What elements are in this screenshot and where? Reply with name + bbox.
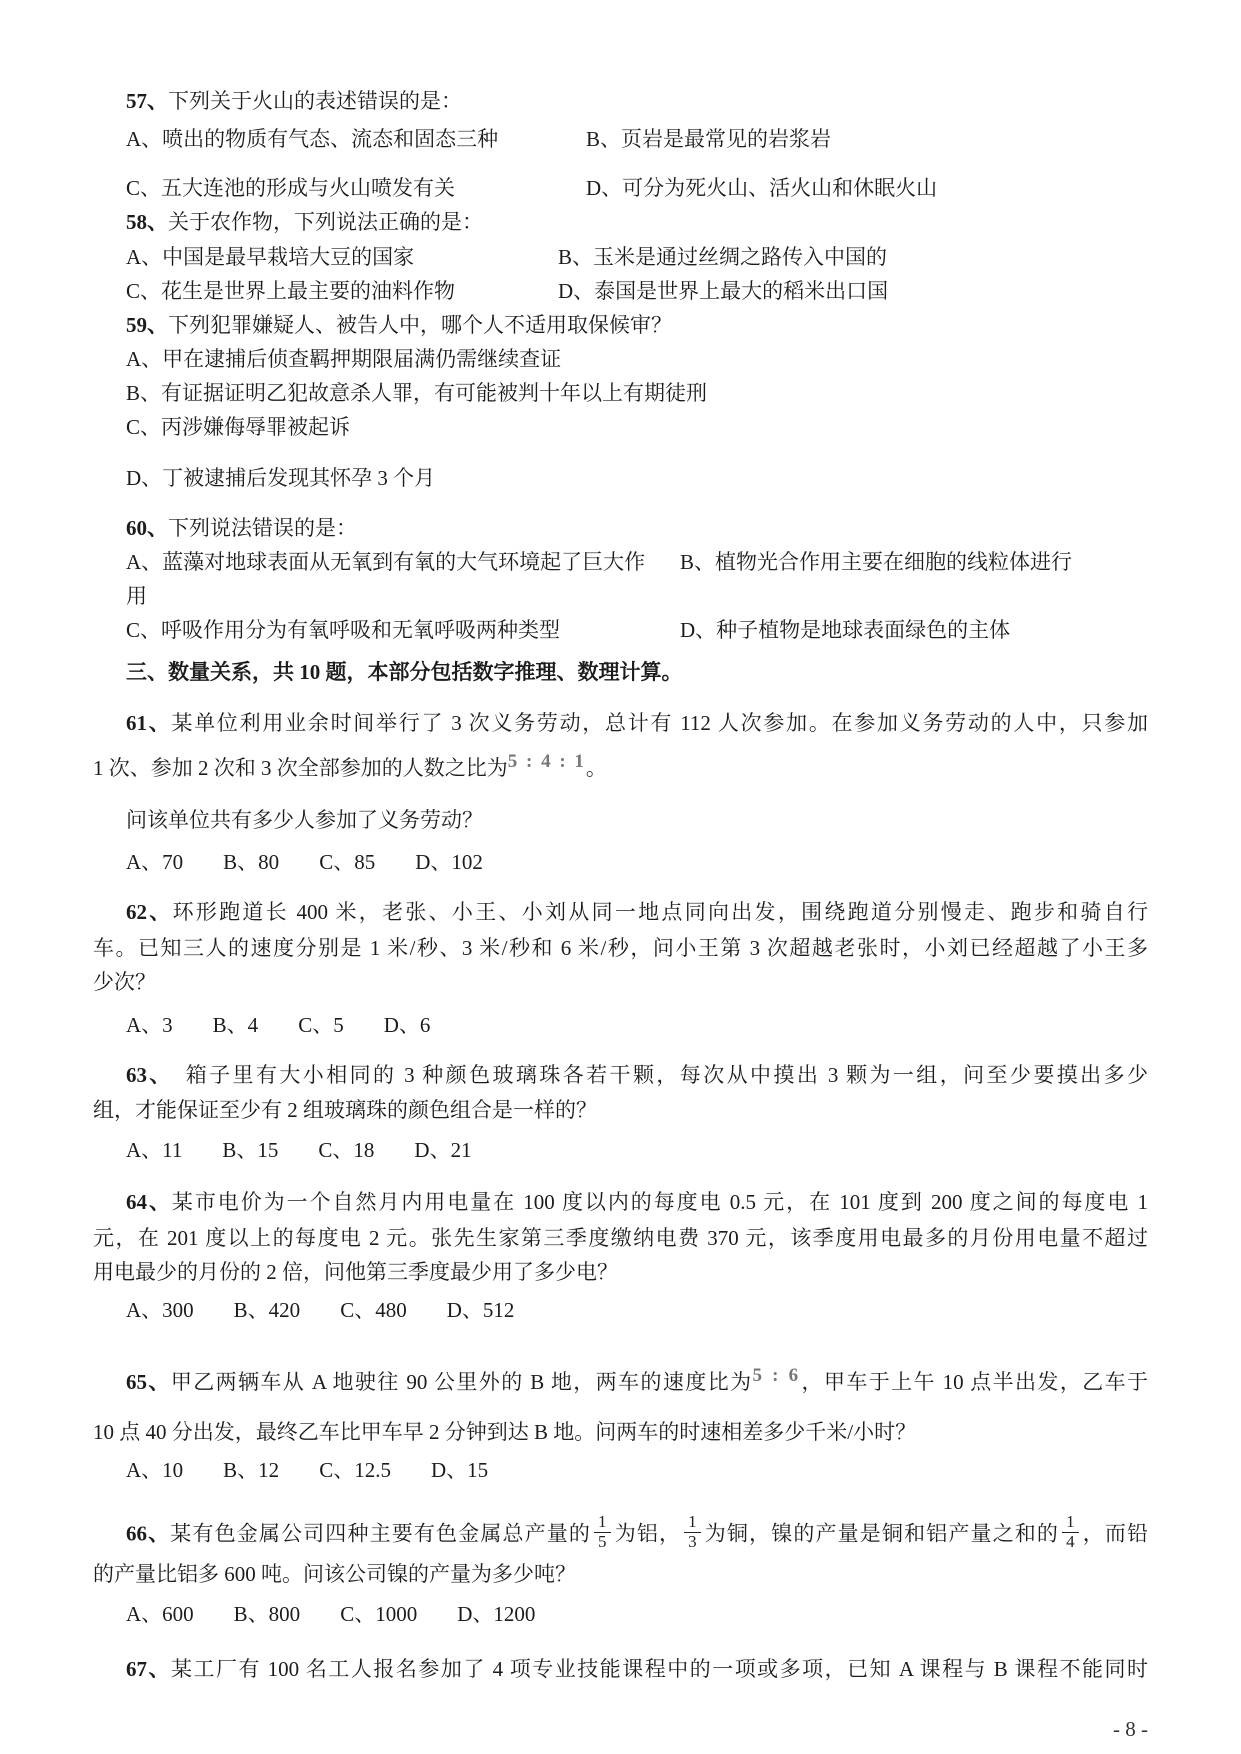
q67-line-1-text: 某工厂有 100 名工人报名参加了 4 项专业技能课程中的一项或多项，已知 A …: [171, 1657, 1148, 1681]
q57-title: 57、下列关于火山的表述错误的是：: [93, 84, 1148, 118]
q65-option-a: A、10: [126, 1453, 183, 1487]
q66-line-2: 的产量比铝多 600 吨。问该公司镍的产量为多少吨？: [93, 1557, 1148, 1591]
q61-line-2: 1 次、参加 2 次和 3 次全部参加的人数之比为5 : 4 : 1。: [93, 751, 1148, 787]
q62-option-c: C、5: [298, 1008, 344, 1042]
q66-answer-options: A、600 B、800 C、1000 D、1200: [93, 1597, 1148, 1631]
q63-line-1-text: 箱子里有大小相同的 3 种颜色玻璃珠各若干颗，每次从中摸出 3 颗为一组，问至少…: [162, 1063, 1148, 1087]
q61-option-d: D、102: [415, 845, 483, 879]
q62-option-d: D、6: [384, 1008, 431, 1042]
fraction-denominator: 5: [594, 1532, 611, 1552]
fraction-one-fifth: 15: [594, 1513, 611, 1551]
q60-options-row-1: A、蓝藻对地球表面从无氧到有氧的大气环境起了巨大作用 B、植物光合作用主要在细胞…: [93, 545, 1148, 613]
q65-number: 65、: [126, 1370, 171, 1394]
q58-option-a: A、中国是最早栽培大豆的国家: [126, 240, 540, 274]
q59-title: 59、下列犯罪嫌疑人、被告人中，哪个人不适用取保候审？: [93, 308, 1148, 342]
q64-line-2: 元，在 201 度以上的每度电 2 元。张先生家第三季度缴纳电费 370 元，该…: [93, 1221, 1148, 1255]
q61-answer-options: A、70 B、80 C、85 D、102: [93, 845, 1148, 879]
q61-line-2-pre: 1 次、参加 2 次和 3 次全部参加的人数之比为: [93, 756, 508, 780]
fraction-one-quarter: 14: [1062, 1513, 1079, 1551]
q59-option-d: D、丁被逮捕后发现其怀孕 3 个月: [93, 461, 1148, 495]
q61-line-1: 61、某单位利用业余时间举行了 3 次义务劳动，总计有 112 人次参加。在参加…: [93, 706, 1148, 740]
q62-line-1: 62、环形跑道长 400 米，老张、小王、小刘从同一地点同向出发，围绕跑道分别慢…: [93, 895, 1148, 929]
q57-options-row-1: A、喷出的物质有气态、流态和固态三种 B、页岩是最常见的岩浆岩: [93, 122, 1148, 156]
q59-option-c: C、丙涉嫌侮辱罪被起诉: [93, 410, 1148, 444]
q67-number: 67、: [126, 1657, 171, 1681]
q59-option-a: A、甲在逮捕后侦查羁押期限届满仍需继续查证: [93, 342, 1148, 376]
q58-title-text: 关于农作物，下列说法正确的是：: [168, 210, 483, 234]
q66-number: 66、: [126, 1522, 170, 1546]
q64-option-b: B、420: [234, 1293, 301, 1327]
fraction-numerator: 1: [684, 1513, 701, 1532]
fraction-numerator: 1: [594, 1513, 611, 1532]
q61-question-line: 问该单位共有多少人参加了义务劳动？: [93, 803, 1148, 837]
q63-line-1: 63、 箱子里有大小相同的 3 种颜色玻璃珠各若干颗，每次从中摸出 3 颗为一组…: [93, 1058, 1148, 1092]
q64-line-3: 用电最少的月份的 2 倍，问他第三季度最少用了多少电？: [93, 1255, 1148, 1289]
q62-option-b: B、4: [213, 1008, 259, 1042]
q66-segment-3: 为铜，镍的产量是铜和铝产量之和的: [704, 1522, 1059, 1546]
q58-title: 58、关于农作物，下列说法正确的是：: [93, 205, 1148, 239]
q60-title: 60、下列说法错误的是：: [93, 511, 1148, 545]
q60-option-b: B、植物光合作用主要在细胞的线粒体进行: [680, 545, 1072, 613]
q64-line-1: 64、某市电价为一个自然月内用电量在 100 度以内的每度电 0.5 元，在 1…: [93, 1185, 1148, 1219]
q64-option-d: D、512: [447, 1293, 515, 1327]
q63-option-d: D、21: [414, 1133, 471, 1167]
q62-line-2: 车。已知三人的速度分别是 1 米/秒、3 米/秒和 6 米/秒，问小王第 3 次…: [93, 931, 1148, 965]
q63-option-a: A、11: [126, 1133, 182, 1167]
section-heading: 三、数量关系，共 10 题，本部分包括数字推理、数理计算。: [93, 655, 1148, 689]
exam-document-page: 57、下列关于火山的表述错误的是： A、喷出的物质有气态、流态和固态三种 B、页…: [0, 0, 1241, 1754]
q66-segment-1: 某有色金属公司四种主要有色金属总产量的: [170, 1522, 591, 1546]
q65-line-2: 10 点 40 分出发，最终乙车比甲车早 2 分钟到达 B 地。问两车的时速相差…: [93, 1415, 1148, 1449]
q59-number: 59、: [126, 313, 168, 337]
fraction-numerator: 1: [1062, 1513, 1079, 1532]
q57-option-b: B、页岩是最常见的岩浆岩: [586, 122, 831, 156]
q57-option-a: A、喷出的物质有气态、流态和固态三种: [126, 122, 568, 156]
q60-number: 60、: [126, 516, 168, 540]
q60-option-a: A、蓝藻对地球表面从无氧到有氧的大气环境起了巨大作用: [126, 545, 662, 613]
q63-option-b: B、15: [222, 1133, 278, 1167]
q60-option-d: D、种子植物是地球表面绿色的主体: [680, 613, 1010, 647]
q63-number: 63、: [126, 1063, 162, 1087]
q65-line-1: 65、甲乙两辆车从 A 地驶往 90 公里外的 B 地，两车的速度比为5 : 6…: [93, 1365, 1148, 1401]
q58-options-row-1: A、中国是最早栽培大豆的国家 B、玉米是通过丝绸之路传入中国的: [93, 240, 1148, 274]
q62-line-1-text: 环形跑道长 400 米，老张、小王、小刘从同一地点同向出发，围绕跑道分别慢走、跑…: [173, 900, 1148, 924]
q66-segment-2: 为铝，: [614, 1522, 682, 1546]
q62-answer-options: A、3 B、4 C、5 D、6: [93, 1008, 1148, 1042]
q58-option-b: B、玉米是通过丝绸之路传入中国的: [558, 240, 887, 274]
q62-number: 62、: [126, 900, 173, 924]
fraction-denominator: 4: [1062, 1532, 1079, 1552]
q65-line-1-post: ，甲车于上午 10 点半出发，乙车于: [800, 1370, 1148, 1394]
q58-number: 58、: [126, 210, 168, 234]
q61-line-1-text: 某单位利用业余时间举行了 3 次义务劳动，总计有 112 人次参加。在参加义务劳…: [171, 711, 1148, 735]
q65-ratio-formula: 5 : 6: [753, 1365, 801, 1386]
q61-option-a: A、70: [126, 845, 183, 879]
q67-line-1: 67、某工厂有 100 名工人报名参加了 4 项专业技能课程中的一项或多项，已知…: [93, 1652, 1148, 1686]
q64-option-a: A、300: [126, 1293, 194, 1327]
q66-option-a: A、600: [126, 1597, 194, 1631]
q62-line-3: 少次？: [93, 965, 1148, 999]
q58-option-d: D、泰国是世界上最大的稻米出口国: [558, 274, 888, 308]
page-content: 57、下列关于火山的表述错误的是： A、喷出的物质有气态、流态和固态三种 B、页…: [0, 0, 1241, 1746]
q66-line-1: 66、某有色金属公司四种主要有色金属总产量的15为铝，13为铜，镍的产量是铜和铝…: [93, 1513, 1148, 1551]
q61-ratio-formula: 5 : 4 : 1: [508, 751, 586, 772]
q65-line-1-pre: 甲乙两辆车从 A 地驶往 90 公里外的 B 地，两车的速度比为: [171, 1370, 753, 1394]
q66-option-c: C、1000: [340, 1597, 417, 1631]
q60-option-c: C、呼吸作用分为有氧呼吸和无氧呼吸两种类型: [126, 613, 662, 647]
q58-option-c: C、花生是世界上最主要的油料作物: [126, 274, 540, 308]
q66-option-d: D、1200: [457, 1597, 535, 1631]
q61-line-2-post: 。: [586, 756, 607, 780]
q64-option-c: C、480: [340, 1293, 407, 1327]
fraction-denominator: 3: [684, 1532, 701, 1552]
q65-option-d: D、15: [431, 1453, 488, 1487]
q59-title-text: 下列犯罪嫌疑人、被告人中，哪个人不适用取保候审？: [168, 313, 672, 337]
q65-answer-options: A、10 B、12 C、12.5 D、15: [93, 1453, 1148, 1487]
q57-title-text: 下列关于火山的表述错误的是：: [168, 89, 462, 113]
q61-option-b: B、80: [223, 845, 279, 879]
q59-option-b: B、有证据证明乙犯故意杀人罪，有可能被判十年以上有期徒刑: [93, 376, 1148, 410]
q66-option-b: B、800: [234, 1597, 301, 1631]
q65-option-c: C、12.5: [319, 1453, 391, 1487]
q57-option-d: D、可分为死火山、活火山和休眠火山: [586, 171, 937, 205]
q63-option-c: C、18: [318, 1133, 374, 1167]
page-number: - 8 -: [93, 1712, 1148, 1746]
fraction-one-third: 13: [684, 1513, 701, 1551]
q65-option-b: B、12: [223, 1453, 279, 1487]
q64-number: 64、: [126, 1190, 172, 1214]
q61-option-c: C、85: [319, 845, 375, 879]
q64-answer-options: A、300 B、420 C、480 D、512: [93, 1293, 1148, 1327]
q63-line-2: 组，才能保证至少有 2 组玻璃珠的颜色组合是一样的？: [93, 1093, 1148, 1127]
q63-answer-options: A、11 B、15 C、18 D、21: [93, 1133, 1148, 1167]
q57-options-row-2: C、五大连池的形成与火山喷发有关 D、可分为死火山、活火山和休眠火山: [93, 171, 1148, 205]
q60-options-row-2: C、呼吸作用分为有氧呼吸和无氧呼吸两种类型 D、种子植物是地球表面绿色的主体: [93, 613, 1148, 647]
q57-number: 57、: [126, 89, 168, 113]
q57-option-c: C、五大连池的形成与火山喷发有关: [126, 171, 568, 205]
q62-option-a: A、3: [126, 1008, 173, 1042]
q64-line-1-text: 某市电价为一个自然月内用电量在 100 度以内的每度电 0.5 元，在 101 …: [172, 1190, 1148, 1214]
q66-segment-4: ，而铅: [1082, 1522, 1148, 1546]
q60-title-text: 下列说法错误的是：: [168, 516, 357, 540]
q61-number: 61、: [126, 711, 171, 735]
q58-options-row-2: C、花生是世界上最主要的油料作物 D、泰国是世界上最大的稻米出口国: [93, 274, 1148, 308]
